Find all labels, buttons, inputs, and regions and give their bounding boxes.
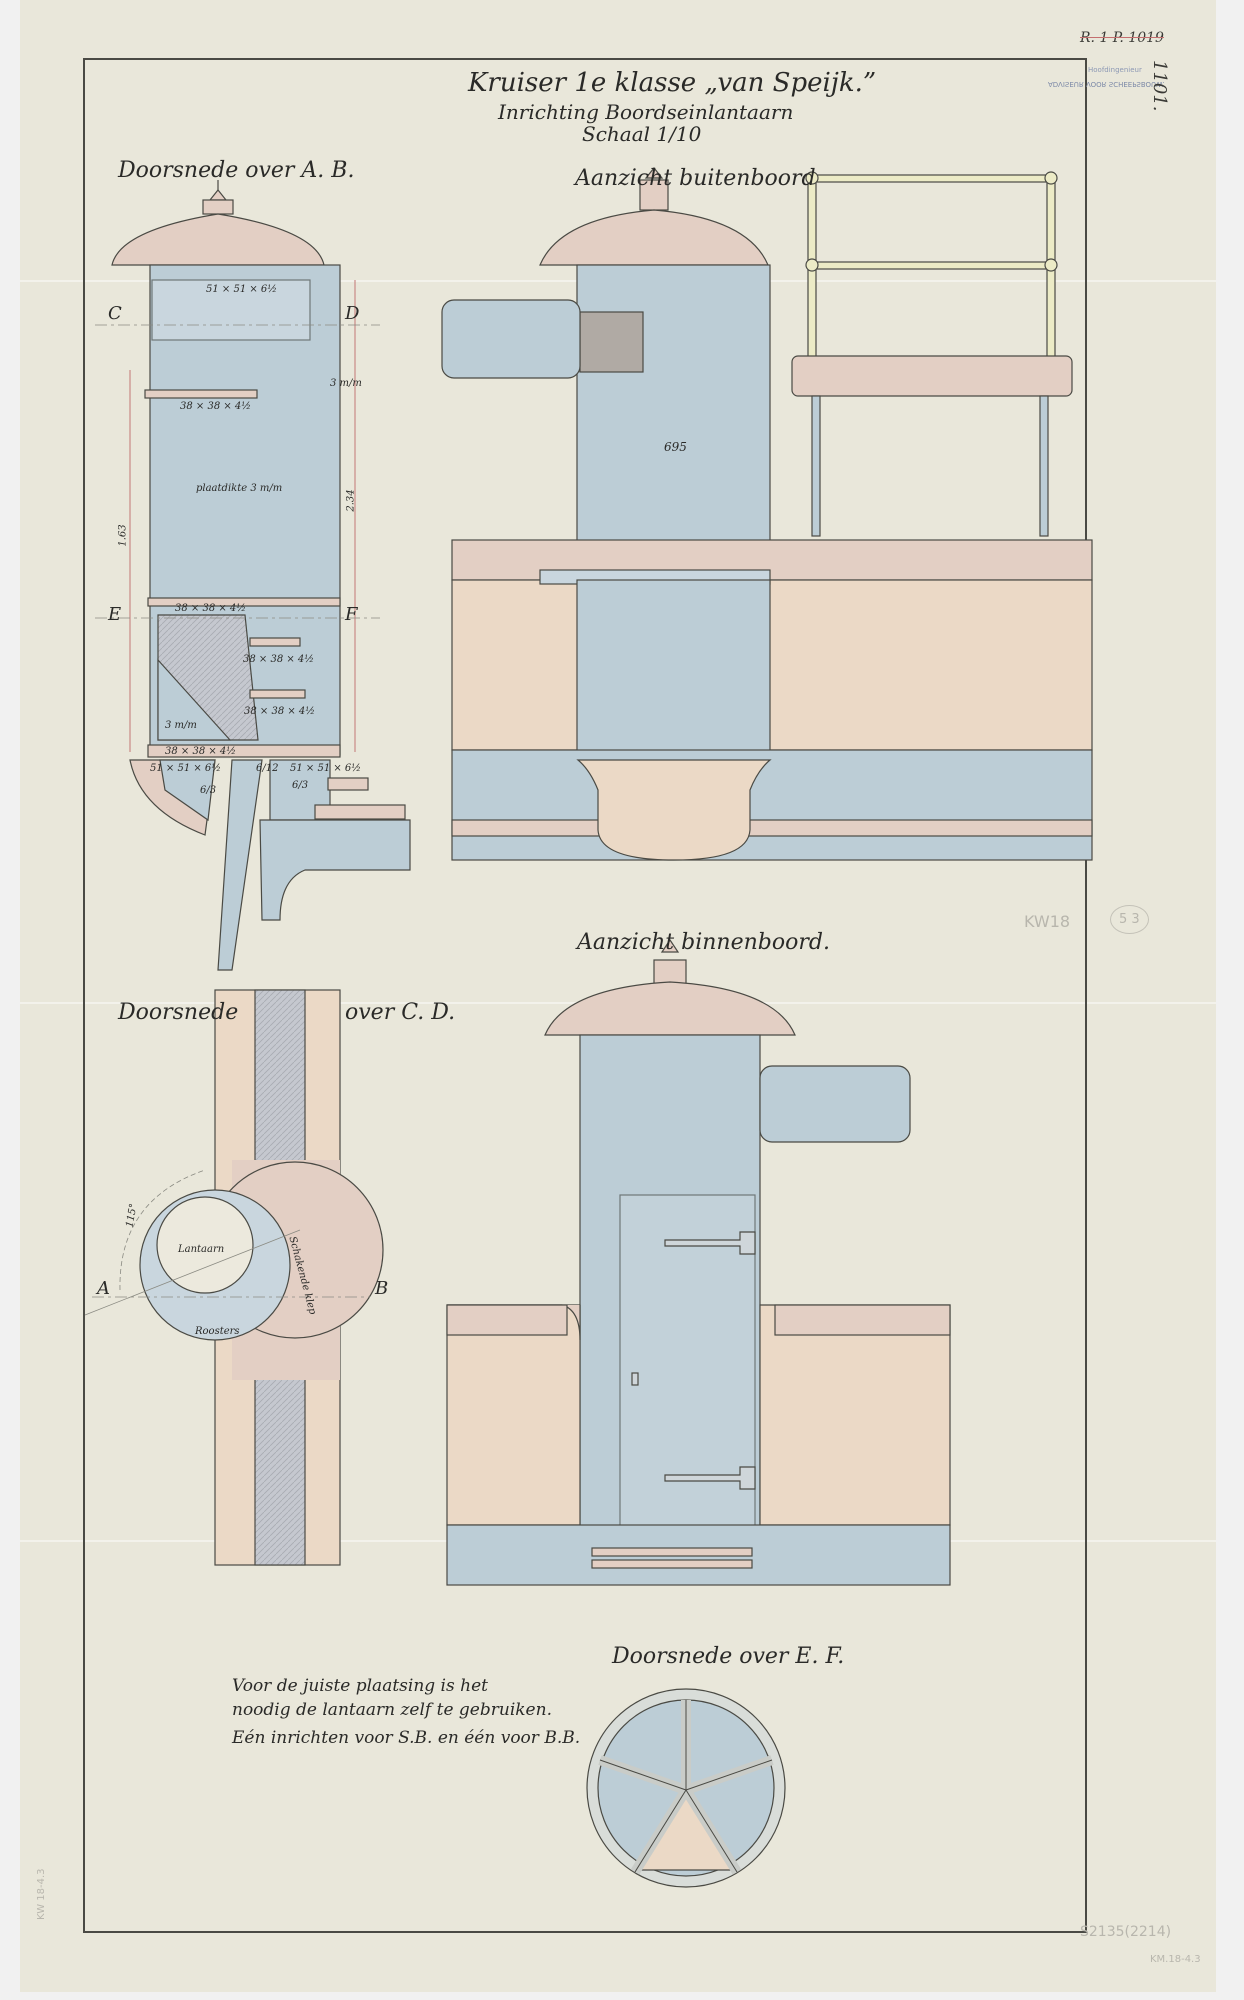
dim-mid-angle: 38 × 38 × 4½: [175, 603, 246, 614]
section-cd-drawing: [85, 990, 383, 1565]
dim-plate-right: 6/3: [292, 780, 308, 791]
dim-3mm-lower: 3 m/m: [165, 720, 197, 731]
dim-shelf1: 38 × 38 × 4½: [243, 654, 314, 665]
note-line-2: noodig de lantaarn zelf te gebruiken.: [232, 1698, 552, 1722]
dim-plate-thickness: plaatdikte 3 m/m: [196, 483, 282, 494]
pencil-circle-mark: 5 3: [1110, 905, 1149, 934]
note-line-3: Eén inrichten voor S.B. en één voor B.B.: [232, 1726, 580, 1750]
dim-height-right: 2.34: [346, 489, 357, 511]
dim-3mm: 3 m/m: [330, 378, 362, 389]
dim-base-left: 51 × 51 × 6½: [150, 763, 221, 774]
drawing-subtitle: Inrichting Boordseinlantaarn: [498, 100, 793, 124]
pencil-mark-kw18: KW18: [1024, 912, 1070, 931]
section-ab-drawing: [95, 180, 410, 970]
archive-stamp-line2: ADVISEUR VOOR SCHEEPSBOUW.: [1048, 80, 1165, 88]
mark-b: B: [375, 1278, 388, 1299]
drawing-title: Kruiser 1e klasse „van Speijk.”: [468, 68, 876, 98]
mark-f: F: [345, 604, 358, 625]
note-line-1: Voor de juiste plaatsing is het: [232, 1674, 488, 1698]
inboard-view-label: Aanzicht binnenboord.: [577, 930, 830, 955]
dim-centre: 6/12: [256, 763, 278, 774]
mark-c: C: [108, 303, 122, 324]
outboard-view-drawing: [442, 168, 1092, 860]
section-ab-label: Doorsnede over A. B.: [118, 158, 354, 183]
pencil-mark-bottom-right: KM.18-4.3: [1150, 1954, 1201, 1965]
archive-reference: R. 1 P. 1019: [1080, 30, 1164, 46]
section-ef-label: Doorsnede over E. F.: [612, 1644, 844, 1669]
dim-base-right: 51 × 51 × 6½: [290, 763, 361, 774]
archive-number: 1101.: [1149, 60, 1170, 112]
section-cd-label-right: over C. D.: [345, 1000, 455, 1025]
dim-shelf-angle: 38 × 38 × 4½: [180, 401, 251, 412]
dim-width-695: 695: [664, 440, 687, 454]
inboard-view-drawing: [447, 940, 950, 1585]
dim-bottom-angle: 38 × 38 × 4½: [165, 746, 236, 757]
drawing-scale: Schaal 1/10: [582, 122, 701, 146]
grate-label: Roosters: [195, 1326, 240, 1337]
dim-top-angle: 51 × 51 × 6½: [206, 284, 277, 295]
section-cd-label-left: Doorsnede: [118, 1000, 238, 1025]
dim-shelf2: 38 × 38 × 4½: [244, 706, 315, 717]
section-ef-drawing: [587, 1689, 785, 1887]
dim-height-left: 1.63: [118, 524, 129, 546]
mark-d: D: [345, 303, 359, 324]
pencil-mark-left: KW 18-4.3: [36, 1868, 47, 1920]
pencil-mark-bottom: S2135(2214): [1080, 1924, 1171, 1940]
archive-stamp-line1: Hoofdingenieur: [1088, 66, 1142, 74]
dim-plate-left: 6/3: [200, 785, 216, 796]
lantern-label: Lantaarn: [178, 1244, 224, 1255]
outboard-view-label: Aanzicht buitenboord: [575, 166, 816, 191]
mark-e: E: [108, 604, 121, 625]
mark-a: A: [97, 1278, 110, 1299]
